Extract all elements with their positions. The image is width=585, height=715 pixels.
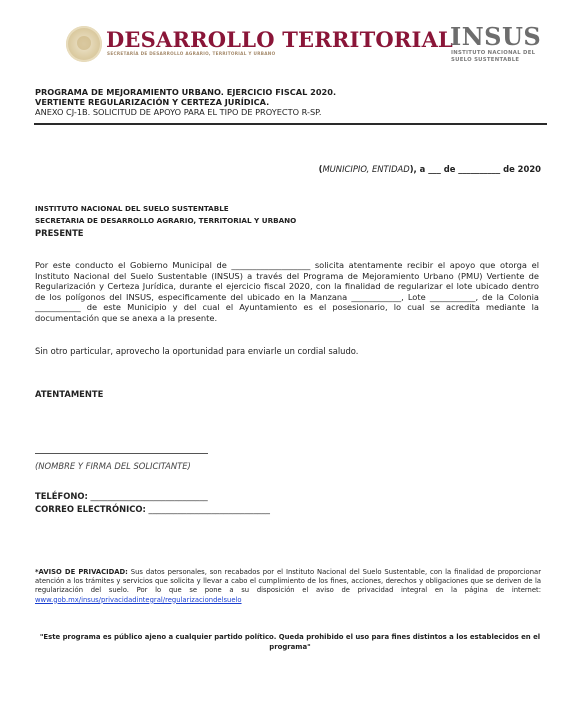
addressee-insus: INSTITUTO NACIONAL DEL SUELO SUSTENTABLE <box>35 203 296 215</box>
addressee-block: INSTITUTO NACIONAL DEL SUELO SUSTENTABLE… <box>35 203 296 240</box>
phone-row: TELÉFONO: ____________________________ <box>35 490 270 503</box>
date-fill-blanks: ), a ___ de __________ de 2020 <box>410 164 541 174</box>
phone-blank: ____________________________ <box>90 491 207 501</box>
insus-logo-title: INSUS <box>450 22 541 51</box>
municipio-entidad-placeholder: MUNICIPIO, ENTIDAD <box>322 164 409 174</box>
email-blank: _____________________________ <box>149 504 270 514</box>
program-heading: PROGRAMA DE MEJORAMIENTO URBANO. EJERCIC… <box>35 87 336 117</box>
closing-line: Sin otro particular, aprovecho la oportu… <box>35 346 358 356</box>
program-title: PROGRAMA DE MEJORAMIENTO URBANO. EJERCIC… <box>35 87 336 97</box>
desarrollo-territorial-logo-title: DESARROLLO TERRITORIAL <box>106 27 453 52</box>
date-line: (MUNICIPIO, ENTIDAD), a ___ de _________… <box>319 164 541 174</box>
privacy-notice: *AVISO DE PRIVACIDAD: Sus datos personal… <box>35 568 541 605</box>
request-paragraph: Por este conducto el Gobierno Municipal … <box>35 260 539 324</box>
program-vertiente: VERTIENTE REGULARIZACIÓN Y CERTEZA JURÍD… <box>35 97 336 107</box>
insus-subtitle-line2: SUELO SUSTENTABLE <box>451 57 561 64</box>
privacy-link[interactable]: www.gob.mx/insus/privacidadintegral/regu… <box>35 596 242 604</box>
phone-label: TELÉFONO: <box>35 491 88 501</box>
addressee-sedatu: SECRETARIA DE DESARROLLO AGRARIO, TERRIT… <box>35 215 296 227</box>
coat-of-arms-emblem-icon <box>66 26 102 62</box>
email-row: CORREO ELECTRÓNICO: ____________________… <box>35 503 270 516</box>
contact-block: TELÉFONO: ____________________________ C… <box>35 490 270 515</box>
insus-logo-subtitle: INSTITUTO NACIONAL DEL SUELO SUSTENTABLE <box>451 50 561 63</box>
program-disclaimer: "Este programa es público ajeno a cualqu… <box>35 632 545 652</box>
privacy-label: *AVISO DE PRIVACIDAD: <box>35 568 128 576</box>
email-label: CORREO ELECTRÓNICO: <box>35 504 146 514</box>
desarrollo-territorial-logo-subtitle: SECRETARÍA DE DESARROLLO AGRARIO, TERRIT… <box>107 51 275 56</box>
program-annex: ANEXO CJ-1B. SOLICITUD DE APOYO PARA EL … <box>35 107 336 117</box>
sign-off: ATENTAMENTE <box>35 389 103 399</box>
header-divider <box>34 123 547 125</box>
addressee-presente: PRESENTE <box>35 226 296 240</box>
signature-caption: (NOMBRE Y FIRMA DEL SOLICITANTE) <box>35 461 191 471</box>
signature-line <box>35 453 208 454</box>
